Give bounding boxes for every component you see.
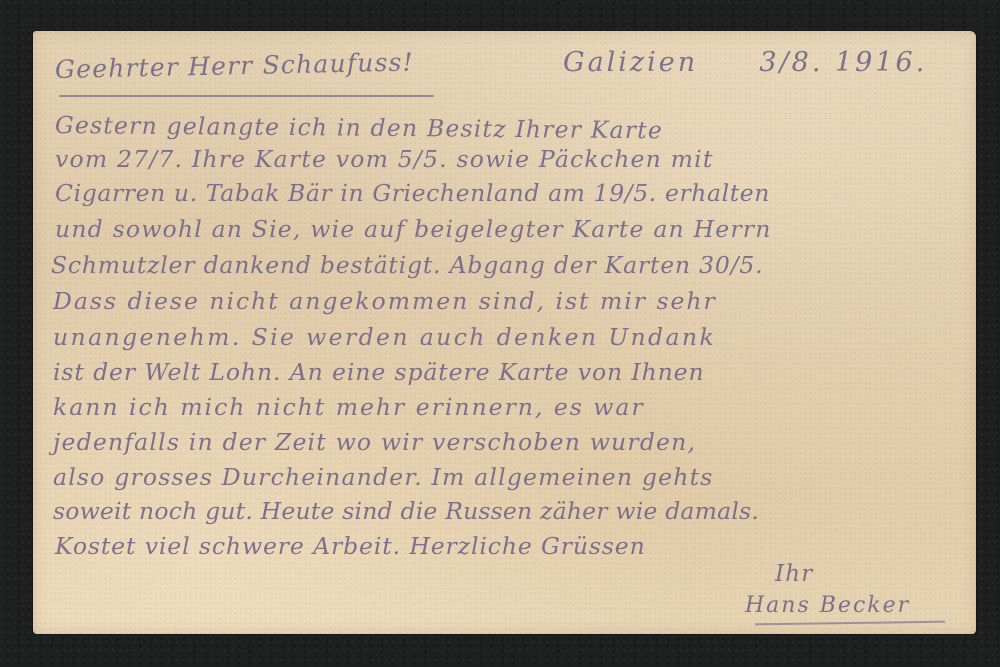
signature-underline [755, 621, 945, 626]
body-line: unangenehm. Sie werden auch denken Undan… [53, 323, 716, 351]
body-line: Schmutzler dankend bestätigt. Abgang der… [51, 251, 763, 279]
body-line: Dass diese nicht angekommen sind, ist mi… [53, 287, 717, 315]
body-line: Kostet viel schwere Arbeit. Herzliche Gr… [55, 532, 646, 560]
closing: Ihr [775, 561, 814, 587]
salutation-underline [59, 95, 434, 97]
salutation: Geehrter Herr Schaufuss! [55, 47, 414, 84]
place: Galizien [563, 47, 698, 78]
body-line: jedenfalls in der Zeit wo wir verschoben… [53, 428, 696, 456]
body-line: Gestern gelangte ich in den Besitz Ihrer… [55, 111, 663, 144]
date: 3/8. 1916. [759, 47, 927, 78]
body-line: also grosses Durcheinander. Im allgemein… [53, 463, 714, 491]
place-date-header: Galizien 3/8. 1916. [563, 47, 927, 78]
postcard: Geehrter Herr Schaufuss! Galizien 3/8. 1… [33, 31, 976, 634]
body-line: kann ich mich nicht mehr erinnern, es wa… [53, 393, 645, 421]
body-line: Cigarren u. Tabak Bär in Griechenland am… [55, 179, 770, 207]
body-line: vom 27/7. Ihre Karte vom 5/5. sowie Päck… [55, 145, 714, 173]
signature: Hans Becker [745, 593, 910, 618]
body-line: soweit noch gut. Heute sind die Russen z… [53, 497, 759, 525]
body-line: ist der Welt Lohn. An eine spätere Karte… [53, 358, 705, 386]
body-line: und sowohl an Sie, wie auf beigelegter K… [55, 215, 772, 243]
